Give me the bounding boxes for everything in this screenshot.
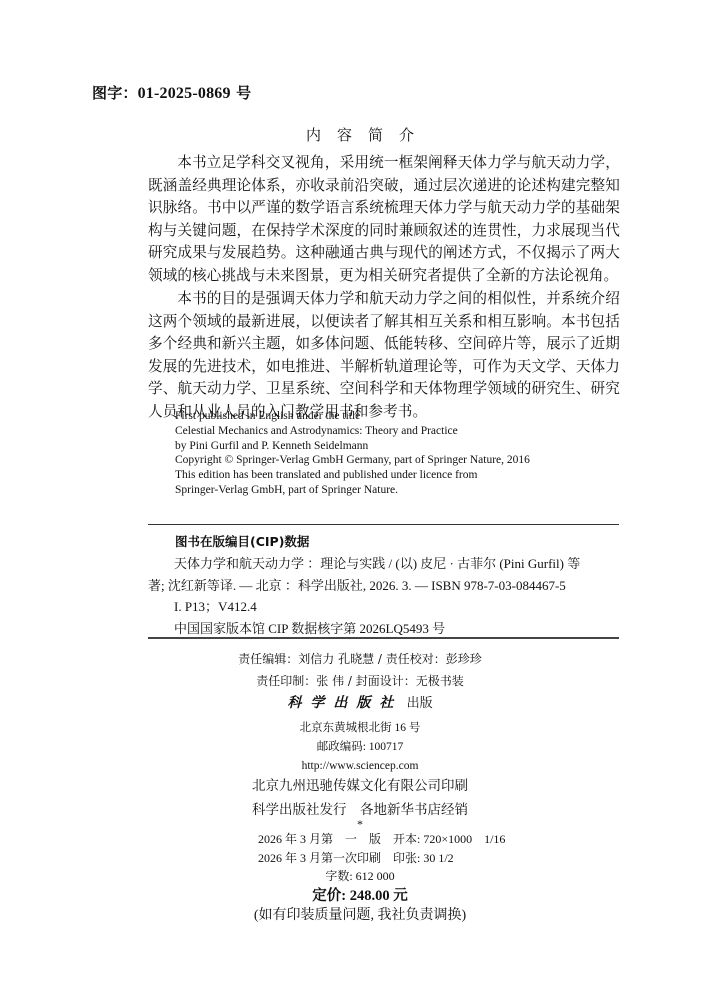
publisher-postcode: 邮政编码: 100717 (0, 738, 720, 757)
registration-value: 01-2025-0869 (138, 85, 231, 102)
cip-line: 天体力学和航天动力学 ：理论与实践 / (以) 皮尼 · 古菲尔 (Pini G… (148, 553, 628, 575)
original-edition-line: First published in English under the tit… (175, 409, 530, 424)
quality-note: (如有印装质量问题, 我社负责调换) (0, 904, 720, 924)
original-edition-line: Copyright © Springer-Verlag GmbH Germany… (175, 453, 530, 468)
editorial-credits: 责任编辑：刘信力 孔晓慧 / 责任校对：彭珍珍 责任印制：张 伟 / 封面设计：… (0, 648, 720, 692)
cip-data-block: 图书在版编目(CIP)数据 天体力学和航天动力学 ：理论与实践 / (以) 皮尼… (148, 531, 628, 640)
registration-suffix: 号 (236, 84, 251, 102)
original-edition-notice: First published in English under the tit… (175, 409, 530, 498)
publisher-contact: 北京东黄城根北街 16 号 邮政编码: 100717 http://www.sc… (0, 719, 720, 776)
cip-heading: 图书在版编目(CIP)数据 (148, 531, 628, 553)
publisher-address: 北京东黄城根北街 16 号 (0, 719, 720, 738)
registration-number: 图字：01-2025-0869 号 (92, 82, 251, 103)
printing-distribution: 北京九州迅驰传媒文化有限公司印刷 科学出版社发行 各地新华书店经销 (0, 774, 720, 822)
cip-line: 著; 沈红新等译. — 北京 ：科学出版社, 2026. 3. — ISBN 9… (148, 575, 628, 597)
printer-name: 北京九州迅驰传媒文化有限公司印刷 (0, 774, 720, 798)
summary-title: 内容简介 (0, 124, 720, 145)
cip-bottom-divider (148, 637, 619, 639)
publisher-logo-text: 科学出版社 (287, 695, 402, 711)
cip-classification: I. P13；V412.4 (148, 596, 628, 618)
printing-line: 2026 年 3 月第一次印刷 印张: 30 1/2 (258, 849, 505, 868)
publisher-line: 科学出版社 出版 (0, 692, 720, 712)
summary-paragraph-2: 本书的目的是强调天体力学和航天动力学之间的相似性，并系统介绍这两个领域的最新进展… (148, 288, 620, 424)
registration-label: 图字： (92, 84, 138, 102)
original-edition-line: Celestial Mechanics and Astrodynamics: T… (175, 424, 530, 439)
original-edition-line: This edition has been translated and pub… (175, 468, 530, 483)
cip-top-divider (148, 524, 619, 525)
credits-line: 责任编辑：刘信力 孔晓慧 / 责任校对：彭珍珍 (0, 648, 720, 670)
edition-details: 2026 年 3 月第 一 版 开本: 720×1000 1/162026 年 … (258, 830, 505, 867)
publisher-suffix: 出版 (407, 695, 433, 710)
edition-line: 2026 年 3 月第 一 版 开本: 720×1000 1/16 (258, 830, 505, 849)
original-edition-line: by Pini Gurfil and P. Kenneth Seidelmann (175, 439, 530, 454)
word-count: 字数: 612 000 (0, 867, 720, 884)
price: 定价: 248.00 元 (0, 884, 720, 905)
original-edition-line: Springer-Verlag GmbH, part of Springer N… (175, 483, 530, 498)
credits-line: 责任印制：张 伟 / 封面设计：无极书装 (0, 670, 720, 692)
summary-paragraph-1: 本书立足学科交叉视角，采用统一框架阐释天体力学与航天动力学，既涵盖经典理论体系，… (148, 152, 620, 288)
